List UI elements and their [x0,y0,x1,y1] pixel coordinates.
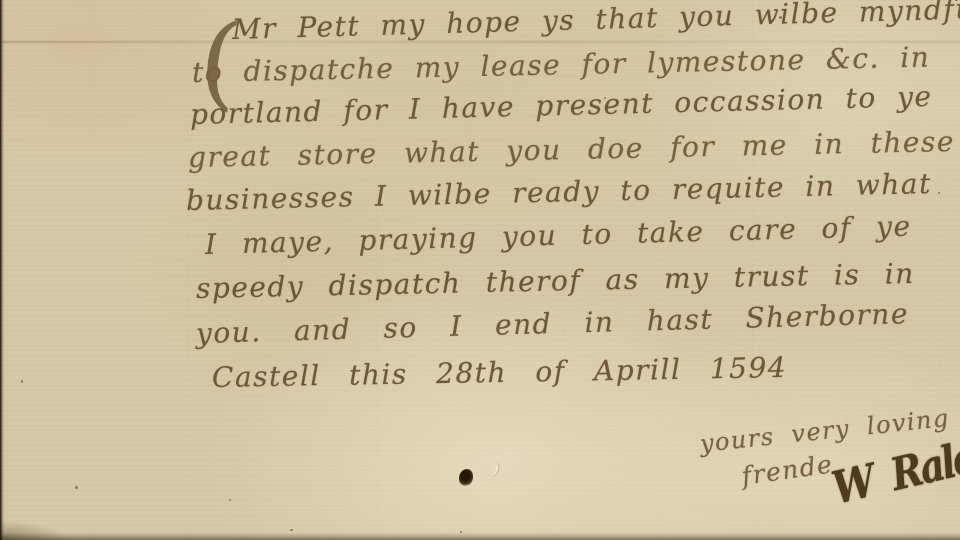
paper-speck [290,529,293,531]
letter-line-5: businesses I wilbe ready to requite in w… [186,167,932,217]
paper-speck [779,16,782,19]
letter-dateline: Castell this 28th of Aprill 1594 [212,351,788,394]
letter-line-4: great store what you doe for me in these [188,125,956,174]
paper-speck [21,380,23,383]
manuscript-page: ( Mr Pett my hope ys that you wilbe mynd… [0,0,960,540]
page-bottom-edge-shadow [0,532,960,540]
letter-line-8: you. and so I end in hast Sherborne [196,297,910,350]
paper-speck [229,499,231,501]
letter-line-1: Mr Pett my hope ys that you wilbe myndfu… [232,0,960,46]
letter-line-7: speedy dispatch therof as my trust is in [196,257,915,305]
closing-valediction-line-2: frende [740,449,835,491]
paper-speck [604,97,606,99]
paper-speck [75,486,78,489]
letter-line-3: portland for I have present occassion to… [190,80,933,131]
letter-body-text: ( Mr Pett my hope ys that you wilbe mynd… [0,0,960,540]
page-left-scan-edge [0,0,4,540]
paper-speck [938,192,940,194]
letter-line-6: I maye, praying you to take care of ye [205,210,912,261]
